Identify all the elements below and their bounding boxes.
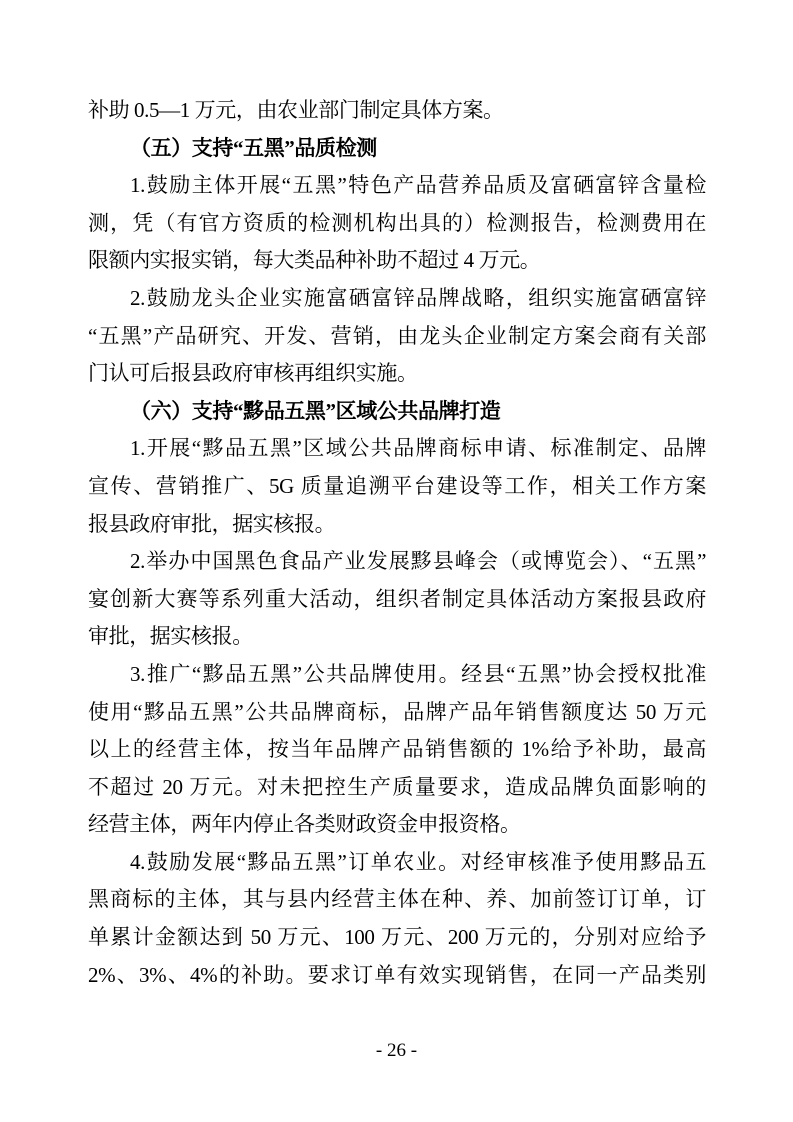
document-line: 门认可后报县政府审核再组织实施。 <box>88 355 706 393</box>
document-line: 宴创新大赛等系列重大活动，组织者制定具体活动方案报县政府 <box>88 581 706 619</box>
document-line: 3.推广“黟品五黑”公共品牌使用。经县“五黑”协会授权批准 <box>88 656 706 694</box>
document-line: 报县政府审批，据实核报。 <box>88 506 706 544</box>
document-line: 不超过 20 万元。对未把控生产质量要求，造成品牌负面影响的 <box>88 769 706 807</box>
document-line: 单累计金额达到 50 万元、100 万元、200 万元的，分别对应给予 <box>88 919 706 957</box>
document-line: 使用“黟品五黑”公共品牌商标，品牌产品年销售额度达 50 万元 <box>88 694 706 732</box>
document-line: 经营主体，两年内停止各类财政资金申报资格。 <box>88 806 706 844</box>
page-footer: - 26 - <box>0 1037 793 1065</box>
document-line: 1.开展“黟品五黑”区域公共品牌商标申请、标准制定、品牌 <box>88 430 706 468</box>
document-line: 2.举办中国黑色食品产业发展黟县峰会（或博览会）、“五黑” <box>88 543 706 581</box>
document-line: 宣传、营销推广、5G 质量追溯平台建设等工作，相关工作方案 <box>88 468 706 506</box>
page-number: - 26 - <box>376 1040 417 1061</box>
document-line: 补助 0.5—1 万元，由农业部门制定具体方案。 <box>88 92 706 130</box>
document-line: “五黑”产品研究、开发、营销，由龙头企业制定方案会商有关部 <box>88 318 706 356</box>
document-line: 2.鼓励龙头企业实施富硒富锌品牌战略，组织实施富硒富锌 <box>88 280 706 318</box>
document-line: 4.鼓励发展“黟品五黑”订单农业。对经审核准予使用黟品五 <box>88 844 706 882</box>
document-body: 补助 0.5—1 万元，由农业部门制定具体方案。（五）支持“五黑”品质检测1.鼓… <box>88 92 706 994</box>
document-line: 2%、3%、4%的补助。要求订单有效实现销售，在同一产品类别 <box>88 957 706 995</box>
section-heading: （六）支持“黟品五黑”区域公共品牌打造 <box>88 393 706 431</box>
document-line: 1.鼓励主体开展“五黑”特色产品营养品质及富硒富锌含量检 <box>88 167 706 205</box>
document-line: 审批，据实核报。 <box>88 618 706 656</box>
document-line: 限额内实报实销，每大类品种补助不超过 4 万元。 <box>88 242 706 280</box>
section-heading: （五）支持“五黑”品质检测 <box>88 130 706 168</box>
document-line: 以上的经营主体，按当年品牌产品销售额的 1%给予补助，最高 <box>88 731 706 769</box>
document-line: 黑商标的主体，其与县内经营主体在种、养、加前签订订单，订 <box>88 881 706 919</box>
document-line: 测，凭（有官方资质的检测机构出具的）检测报告，检测费用在 <box>88 205 706 243</box>
document-page: 补助 0.5—1 万元，由农业部门制定具体方案。（五）支持“五黑”品质检测1.鼓… <box>0 0 793 1122</box>
